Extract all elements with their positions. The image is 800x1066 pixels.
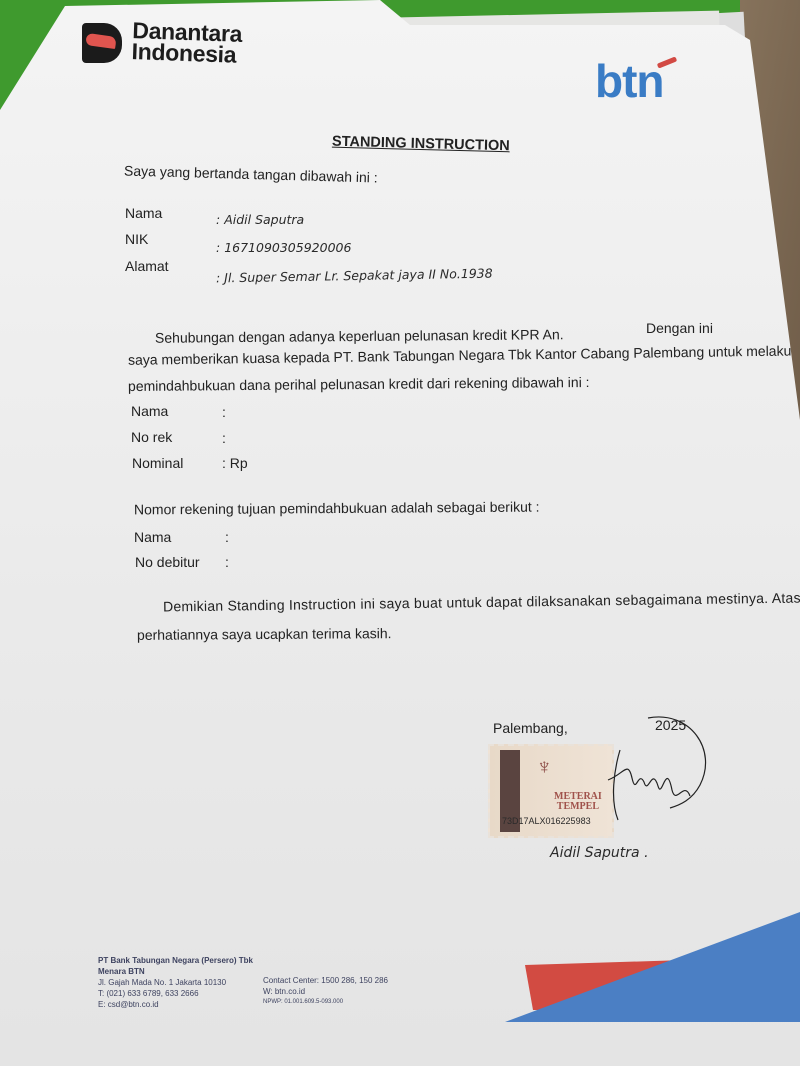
signer-value-alamat: : Jl. Super Semar Lr. Sepakat jaya II No… [216, 266, 493, 286]
place-label: Palembang, [493, 720, 568, 736]
closing-line1: Demikian Standing Instruction ini saya b… [163, 590, 800, 615]
stamp-serial: 73D17ALX016225983 [502, 816, 591, 826]
paragraph1-line3: pemindahbukuan dana perihal pelunasan kr… [128, 374, 590, 394]
intro-text: Saya yang bertanda tangan dibawah ini : [124, 162, 378, 185]
source-value-nominal: : Rp [222, 455, 248, 471]
signer-label-nama: Nama [125, 205, 162, 221]
destination-value-nama: : [225, 529, 229, 545]
source-label-norek: No rek [131, 429, 172, 445]
destination-value-nodebitur: : [225, 554, 229, 570]
signer-name-handwritten: Aidil Saputra . [550, 845, 649, 861]
destination-intro: Nomor rekening tujuan pemindahbukuan ada… [134, 499, 540, 518]
danantara-logo-line2: Indonesia [131, 41, 241, 66]
garuda-emblem-icon: ♆ [536, 754, 553, 780]
signer-value-nik: : 1671090305920006 [216, 240, 351, 255]
closing-line2: perhatiannya saya ucapkan terima kasih. [137, 625, 392, 643]
footer-npwp: NPWP: 01.001.609.5-093.000 [263, 997, 388, 1008]
meterai-stamp: ♆ METERAI TEMPEL 73D17ALX016225983 [488, 744, 614, 838]
source-label-nominal: Nominal [132, 455, 183, 471]
danantara-mark-icon [82, 23, 122, 63]
danantara-logo: Danantara Indonesia [82, 22, 242, 64]
paragraph1-tail: Dengan ini [646, 320, 713, 336]
btn-logo: btn [595, 58, 664, 104]
signer-label-alamat: Alamat [125, 258, 169, 274]
footer-contact-info: Contact Center: 1500 286, 150 286 W: btn… [263, 975, 388, 1008]
source-label-nama: Nama [131, 403, 168, 419]
stamp-title-line2: TEMPEL [554, 802, 602, 812]
signer-value-nama: : Aidil Saputra [216, 212, 304, 227]
source-value-norek: : [222, 430, 226, 446]
destination-label-nodebitur: No debitur [135, 554, 200, 570]
btn-logo-text: btn [595, 58, 664, 104]
signer-label-nik: NIK [125, 231, 148, 247]
destination-label-nama: Nama [134, 529, 171, 545]
footer-company: PT Bank Tabungan Negara (Persero) Tbk [98, 956, 253, 965]
signature-scribble [600, 710, 730, 830]
footer-company-info: PT Bank Tabungan Negara (Persero) Tbk Me… [98, 955, 253, 1010]
document-page: Danantara Indonesia btn STANDING INSTRUC… [0, 0, 800, 1066]
footer-contact-center: Contact Center: 1500 286, 150 286 [263, 975, 388, 986]
paragraph1-line2: saya memberikan kuasa kepada PT. Bank Ta… [128, 342, 800, 368]
footer-website: W: btn.co.id [263, 986, 388, 997]
footer-email: E: csd@btn.co.id [98, 999, 253, 1010]
footer-address: Jl. Gajah Mada No. 1 Jakarta 10130 [98, 977, 253, 988]
footer-building: Menara BTN [98, 967, 145, 976]
document-title: STANDING INSTRUCTION [332, 134, 510, 155]
paragraph1-line1: Sehubungan dengan adanya keperluan pelun… [155, 326, 564, 346]
footer-phone: T: (021) 633 6789, 633 2666 [98, 988, 253, 999]
source-value-nama: : [222, 404, 226, 420]
